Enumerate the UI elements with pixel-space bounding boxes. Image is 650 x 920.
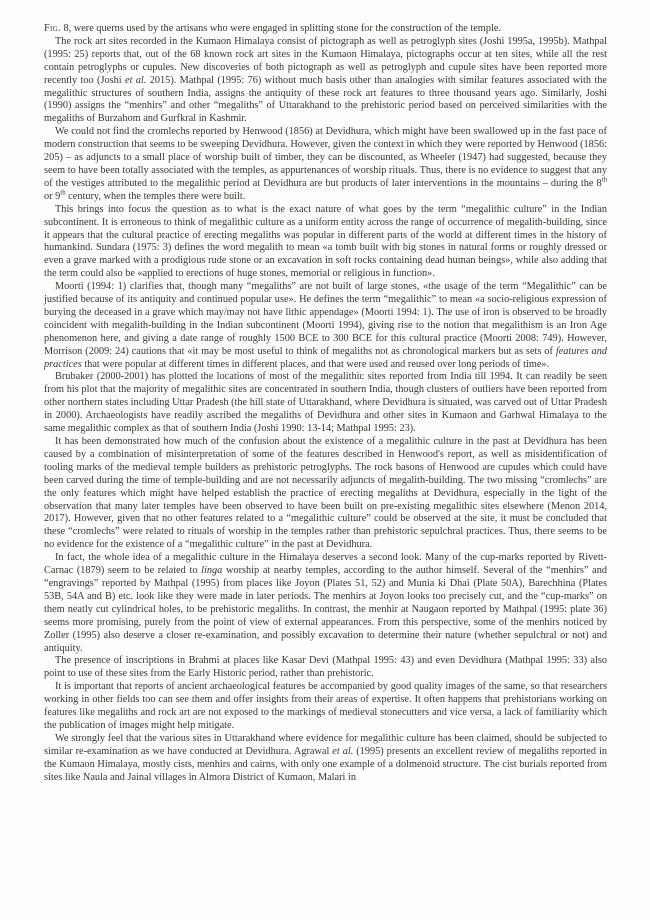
- paragraph: This brings into focus the question as t…: [44, 204, 607, 281]
- paragraph: The rock art sites recorded in the Kumao…: [44, 36, 607, 126]
- text-run: This brings into focus the question as t…: [44, 204, 607, 280]
- paragraph: Fig. 8, were querns used by the artisans…: [44, 23, 607, 36]
- article-text: Fig. 8, were querns used by the artisans…: [44, 23, 607, 784]
- paragraph: In fact, the whole idea of a megalithic …: [44, 552, 607, 655]
- text-run: or 9: [44, 191, 60, 202]
- text-run: Moorti (1994: 1) clarifies that, though …: [44, 281, 607, 357]
- document-page: Fig. 8, were querns used by the artisans…: [0, 0, 650, 920]
- paragraph: It is important that reports of ancient …: [44, 681, 607, 733]
- text-run: It has been demonstrated how much of the…: [44, 436, 607, 550]
- text-run: th: [602, 176, 607, 183]
- text-run: linga: [201, 565, 222, 576]
- text-run: Brubaker (2000-2001) has plotted the loc…: [44, 371, 607, 434]
- paragraph: We strongly feel that the various sites …: [44, 733, 607, 785]
- text-run: The presence of inscriptions in Brahmi a…: [44, 655, 607, 679]
- text-run: that were popular at different times in …: [82, 359, 549, 370]
- text-run: It is important that reports of ancient …: [44, 681, 607, 731]
- text-run: et al.: [332, 746, 353, 757]
- text-run: et al.: [125, 75, 146, 86]
- paragraph: The presence of inscriptions in Brahmi a…: [44, 655, 607, 681]
- paragraph: It has been demonstrated how much of the…: [44, 436, 607, 552]
- text-run: 8, were querns used by the artisans who …: [61, 23, 501, 34]
- text-run: century, when the temples there were bui…: [66, 191, 246, 202]
- text-run: worship at nearby temples, according to …: [44, 565, 607, 653]
- paragraph: Brubaker (2000-2001) has plotted the loc…: [44, 371, 607, 436]
- paragraph: We could not find the cromlechs reported…: [44, 126, 607, 203]
- text-run: Fig.: [44, 23, 61, 34]
- text-run: We could not find the cromlechs reported…: [44, 126, 607, 189]
- paragraph: Moorti (1994: 1) clarifies that, though …: [44, 281, 607, 371]
